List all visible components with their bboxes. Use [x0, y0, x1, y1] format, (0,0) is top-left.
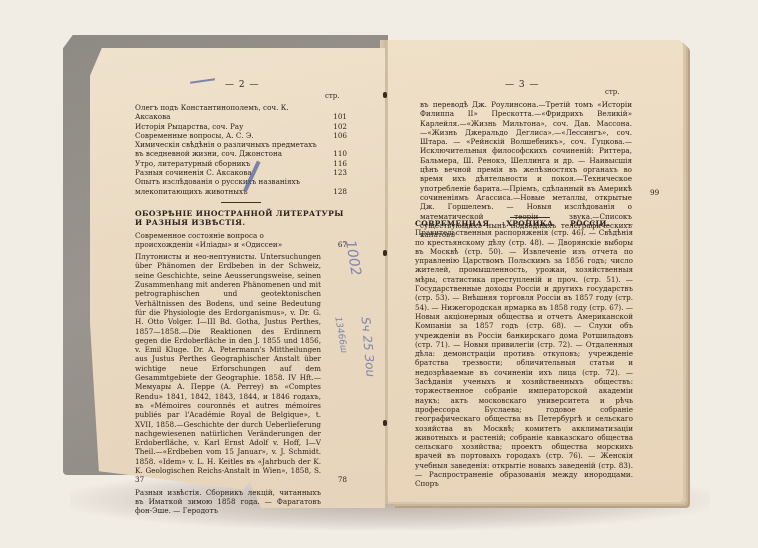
toc-entry: Утро, литературный сборникъ116 — [135, 159, 347, 168]
toc-entry: Химическія свѣдѣнія о различныхъ предмет… — [135, 140, 347, 159]
continuation-page: 99 — [650, 188, 659, 197]
right-page-number: — 3 — — [505, 80, 539, 90]
left-column-label: стр. — [325, 92, 340, 100]
separator-rule — [510, 217, 550, 218]
toc-entry: Разныя сочиненія С. Аксакова123 — [135, 168, 347, 177]
binding-stitch — [383, 250, 387, 256]
toc-entry: Разныя извѣстія. Сборникъ лекцій, читанн… — [135, 488, 347, 516]
toc-entry: Исторія Рыцарства, соч. Рау102 — [135, 122, 347, 131]
chronicle-section: СОВРЕМЕННАЯ ХРОНИКА РОССІИ. — Правительс… — [415, 219, 633, 489]
toc-entry: Олегъ подъ Константинополемъ, соч. К. Ак… — [135, 103, 347, 122]
section-heading: ОБОЗРѢНІЕ ИНОСТРАННОЙ ЛИТЕРАТУРЫ И РАЗНЫ… — [135, 209, 347, 228]
binding-stitch — [383, 92, 387, 98]
binding-stitch — [383, 420, 387, 426]
chronicle-text: — Правительственныя распоряженія (стр. 4… — [415, 219, 633, 488]
chronicle-heading: СОВРЕМЕННАЯ ХРОНИКА РОССІИ. — [415, 219, 610, 228]
left-toc: Олегъ подъ Константинополемъ, соч. К. Ак… — [135, 103, 347, 515]
separator-rule — [221, 202, 261, 203]
left-page-number: — 2 — — [225, 80, 259, 90]
toc-entry: Современное состояніе вопроса о происхож… — [135, 231, 347, 250]
right-column-label: стр. — [605, 88, 620, 96]
toc-entry: Современные вопросы, А. С. Э.106 — [135, 131, 347, 140]
toc-entry: Опытъ изслѣдованія о русскихъ названіяхъ… — [135, 177, 347, 196]
toc-entry: Плутонисты и нео-нептунисты. Untersuchun… — [135, 252, 347, 484]
